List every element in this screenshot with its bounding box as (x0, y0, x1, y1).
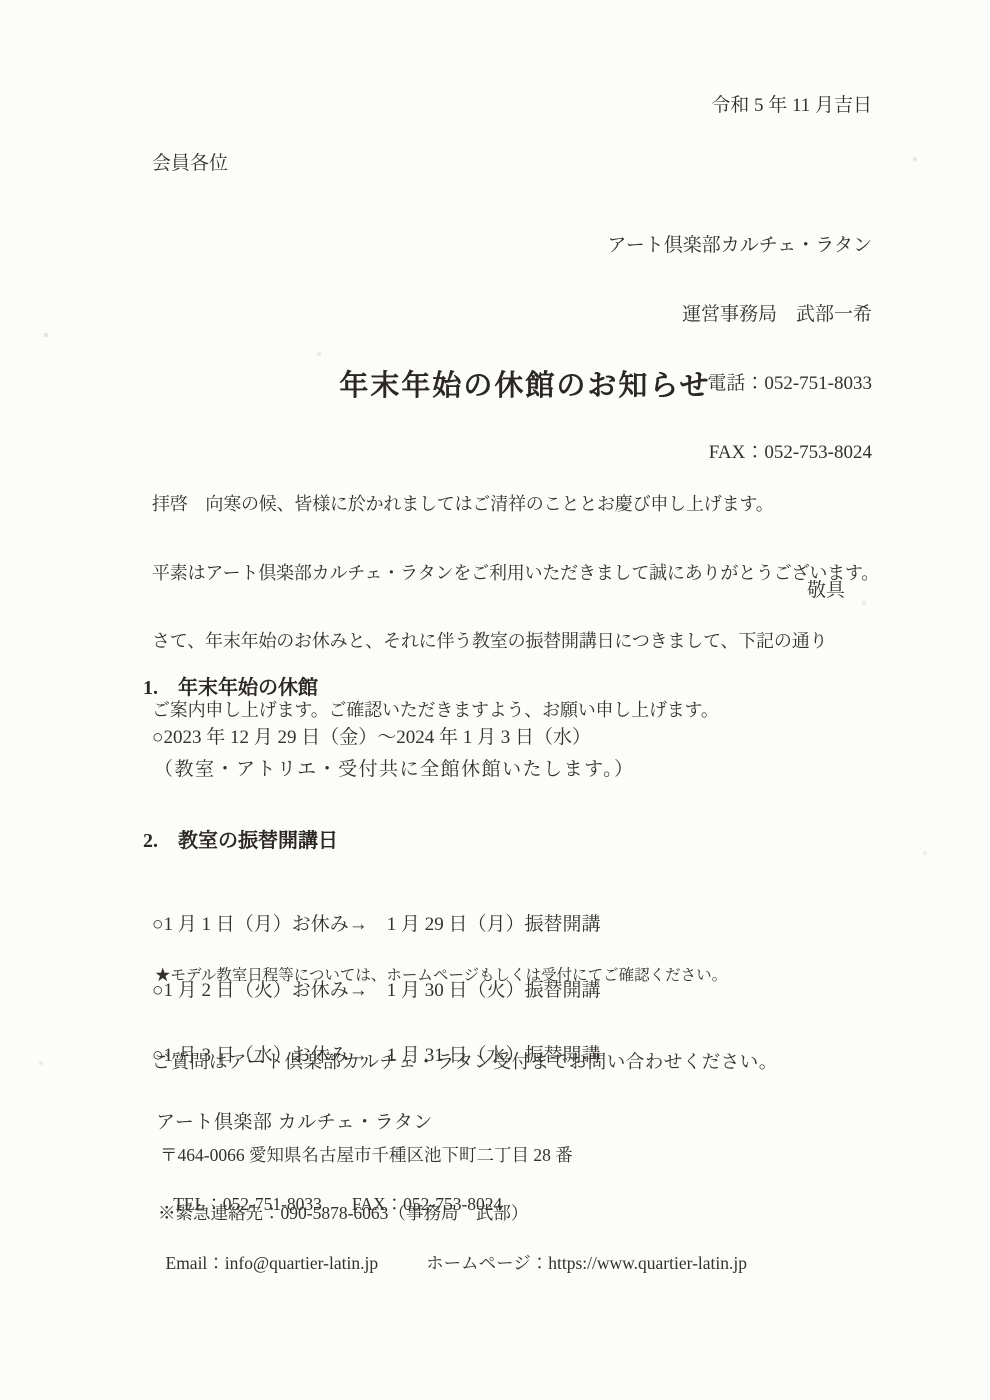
section1-note: （教室・アトリエ・受付共に全館休館いたします。） (154, 760, 635, 779)
greeting-paragraph: 拝啓 向寒の候、皆様に於かれましてはご清祥のこととお慶び申し上げます。 平素はア… (152, 452, 879, 762)
section1-heading: 1. 年末年始の休館 (143, 678, 318, 698)
footer-address: 〒464-0066 愛知県名古屋市千種区池下町二丁目 28 番 (160, 1147, 573, 1165)
body-line: 拝啓 向寒の候、皆様に於かれましてはご清祥のこととお慶び申し上げます。 (152, 488, 879, 521)
body-line: 平素はアート倶楽部カルチェ・ラタンをご利用いただきまして誠にありがとうございます… (152, 557, 879, 590)
scanned-letter: 令和 5 年 11 月吉日 会員各位 アート倶楽部カルチェ・ラタン 運営事務局 … (0, 0, 990, 1400)
footer-org: アート倶楽部 カルチェ・ラタン (156, 1113, 433, 1132)
footer-homepage: ホームページ：https://www.quartier-latin.jp (426, 1253, 747, 1273)
body-line: さて、年末年始のお休みと、それに伴う教室の振替開講日につきまして、下記の通り (152, 625, 879, 658)
sender-org: アート倶楽部カルチェ・ラタン (607, 230, 872, 261)
recipient: 会員各位 (152, 154, 228, 173)
sender-office: 運営事務局 武部一希 (607, 299, 872, 330)
schedule-row: ○1 月 1 日（月）お休み→ 1 月 29 日（月）振替開講 (152, 910, 600, 940)
contact-line: ご質問はアート倶楽部カルチェ・ラタン受付までお問い合わせください。 (152, 1054, 778, 1073)
date-line: 令和 5 年 11 月吉日 (711, 96, 872, 115)
scan-noise (0, 0, 2, 2)
model-note: ★モデル教室日程等については、ホームページもしくは受付にてご確認ください。 (155, 968, 727, 984)
footer-email: Email：info@quartier-latin.jp (166, 1253, 379, 1273)
closing-keigu: 敬具 (807, 581, 845, 600)
footer-emergency: ※緊急連絡先：090-5878-6063（事務局 武部） (158, 1205, 528, 1223)
section1-period: ○2023 年 12 月 29 日（金）～2024 年 1 月 3 日（水） (152, 728, 591, 747)
footer-email-line: Email：info@quartier-latin.jpホームページ：https… (148, 1237, 747, 1290)
section2-heading: 2. 教室の振替開講日 (143, 831, 338, 851)
notice-title: 年末年始の休館のお知らせ (60, 372, 990, 401)
